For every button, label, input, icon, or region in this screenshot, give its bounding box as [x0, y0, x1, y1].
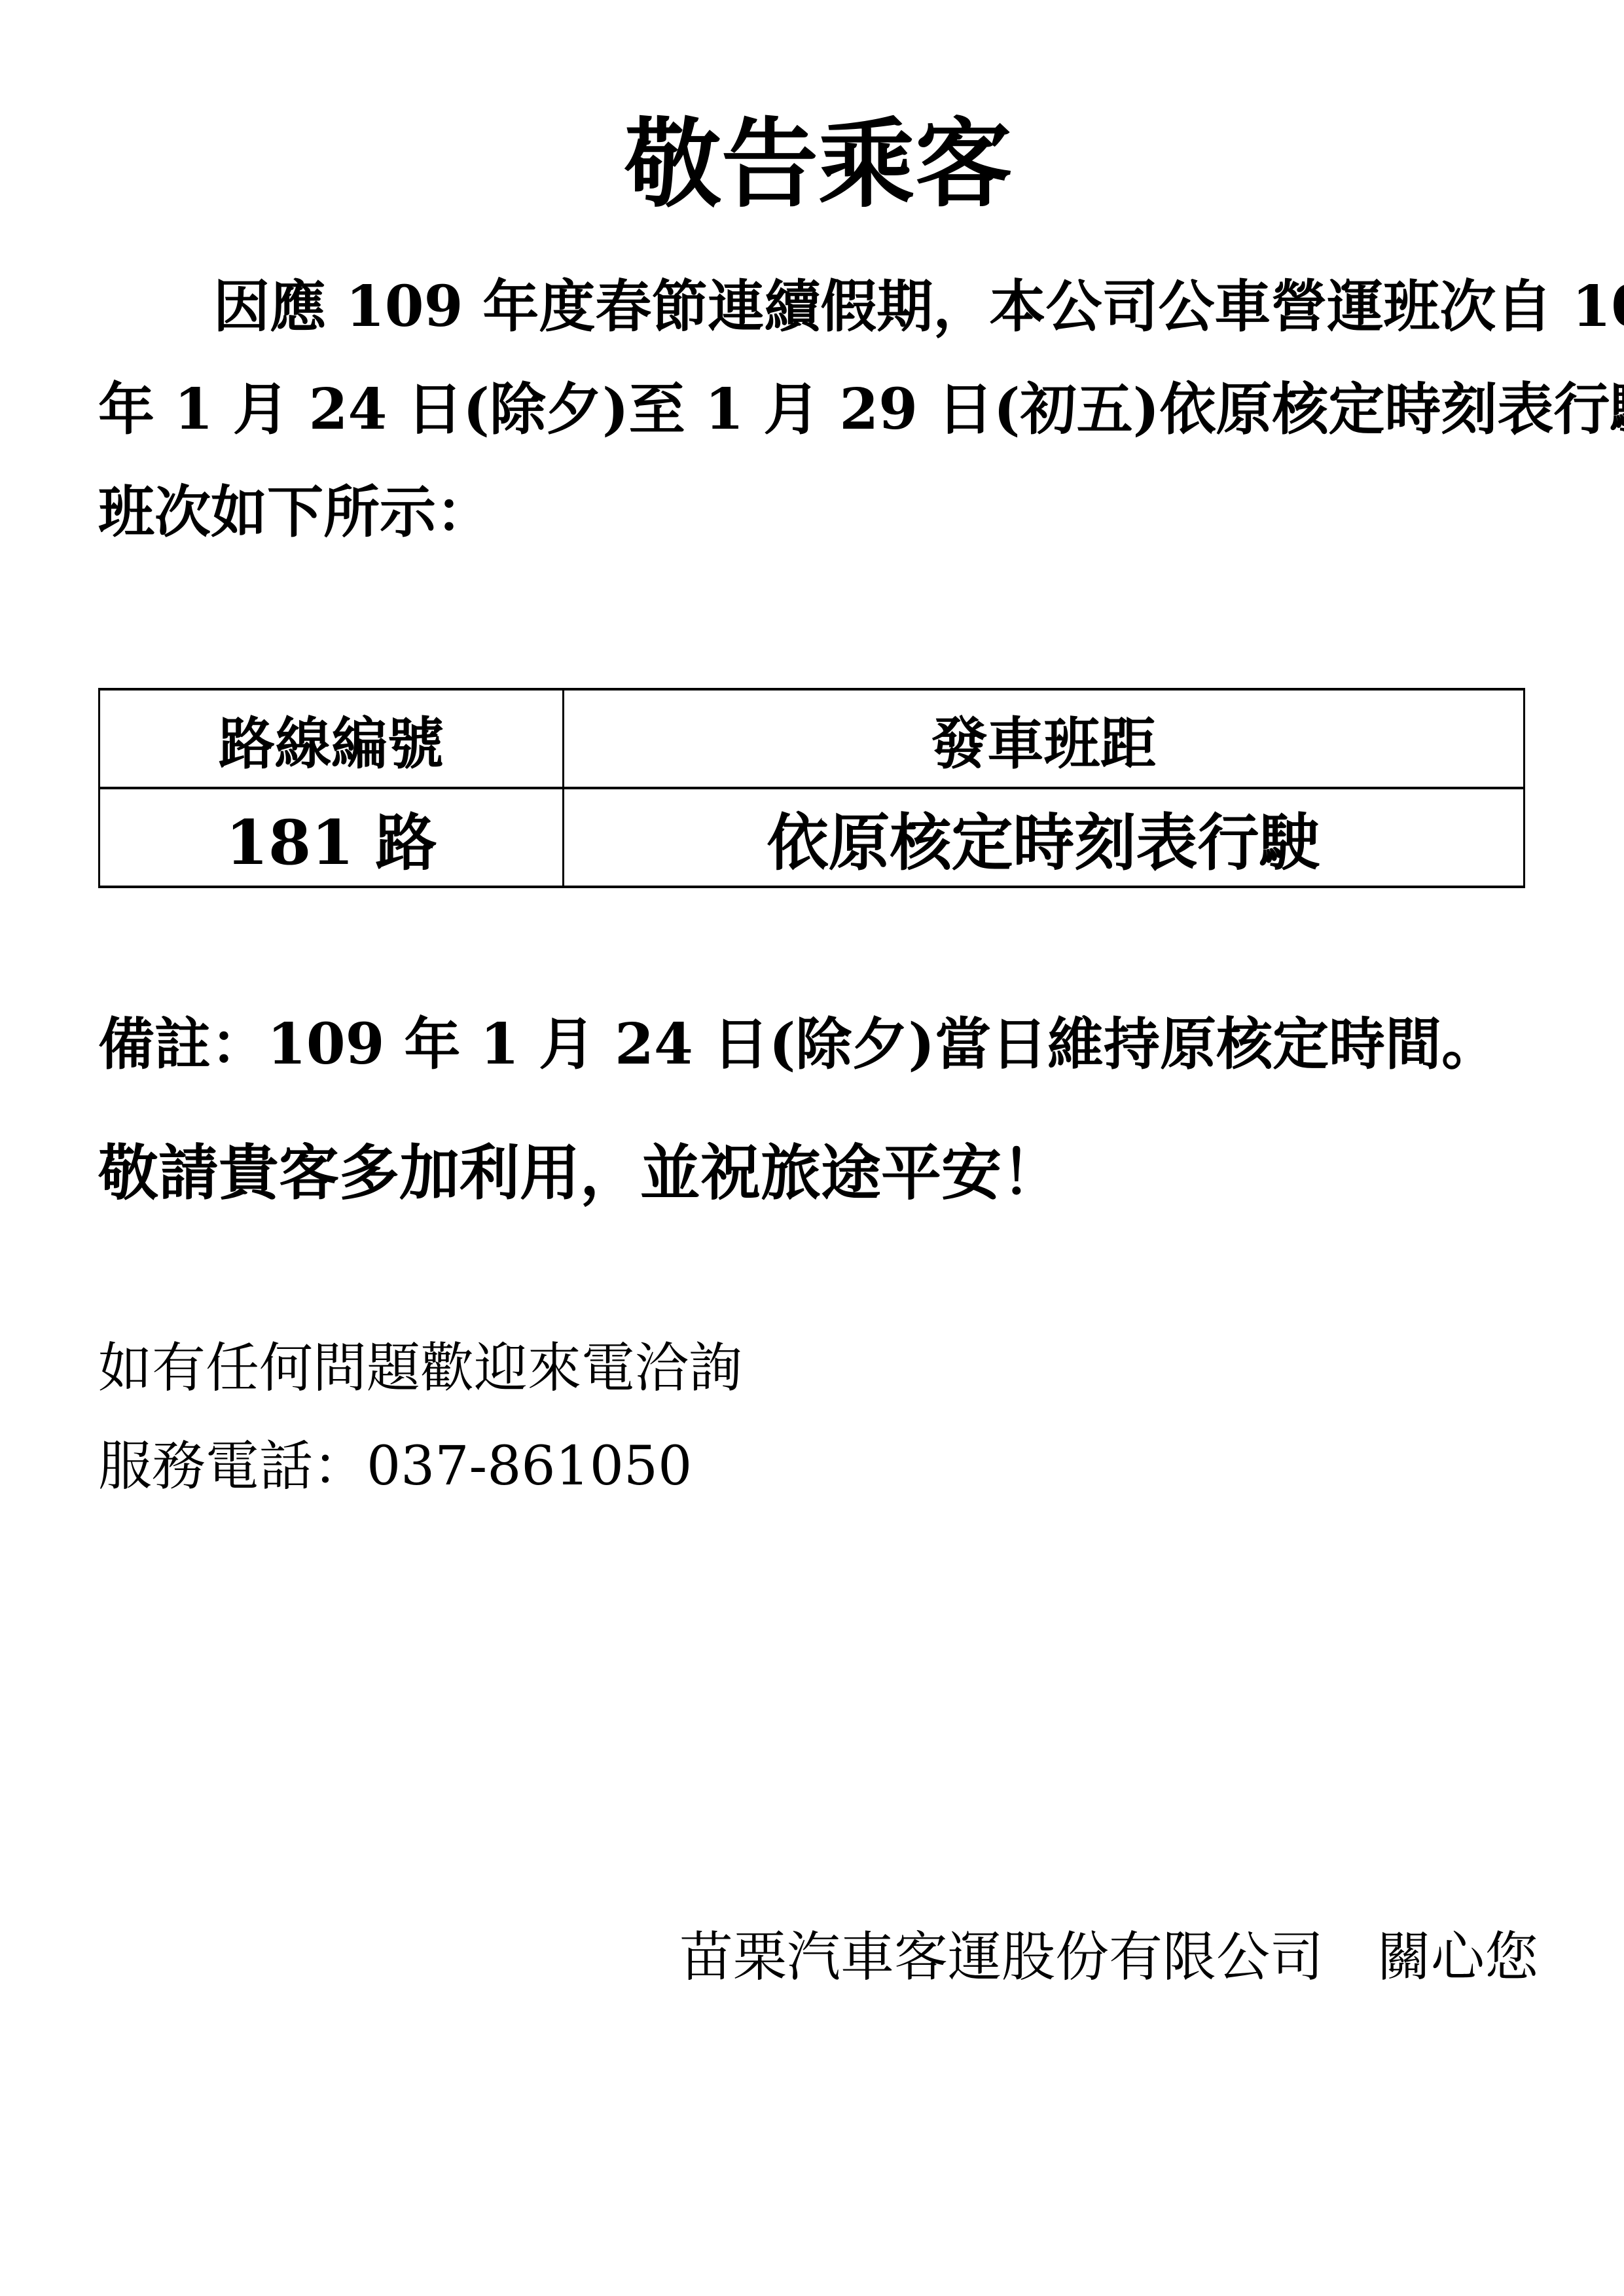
schedule-table: 路線編號 發車班距 181 路 依原核定時刻表行駛 [98, 688, 1525, 888]
contact-phone-line: 服務電話：037-861050 [98, 1418, 1538, 1516]
intro-paragraph-line-1: 因應 109 年度春節連續假期，本公司公車營運班次自 109 [98, 255, 1538, 358]
contact-inquiry-line: 如有任何問題歡迎來電洽詢 [98, 1319, 1538, 1418]
intro-paragraph-line-2: 年 1 月 24 日(除夕)至 1 月 29 日(初五)依原核定時刻表行駛， [98, 358, 1538, 461]
notice-page: 敬告乘客 因應 109 年度春節連續假期，本公司公車營運班次自 109 年 1 … [0, 0, 1624, 2296]
remark-line: 備註：109 年 1 月 24 日(除夕)當日維持原核定時間。 [98, 993, 1538, 1096]
closing-wish-line: 敬請貴客多加利用，並祝旅途平安！ [98, 1122, 1538, 1225]
header-departure-headway: 發車班距 [564, 689, 1525, 788]
intro-paragraph-line-3: 班次如下所示： [98, 461, 1538, 564]
page-title: 敬告乘客 [98, 111, 1538, 216]
header-route-number: 路線編號 [99, 689, 564, 788]
schedule-table-header-row: 路線編號 發車班距 [99, 689, 1525, 788]
cell-departure-headway: 依原核定時刻表行駛 [564, 788, 1525, 887]
schedule-table-row: 181 路 依原核定時刻表行駛 [99, 788, 1525, 887]
cell-route-number: 181 路 [99, 788, 564, 887]
contact-info: 如有任何問題歡迎來電洽詢 服務電話：037-861050 [98, 1319, 1538, 1516]
intro-paragraph: 因應 109 年度春節連續假期，本公司公車營運班次自 109 年 1 月 24 … [98, 255, 1538, 564]
company-signature: 苗栗汽車客運股份有限公司 關心您 [98, 1909, 1538, 2007]
